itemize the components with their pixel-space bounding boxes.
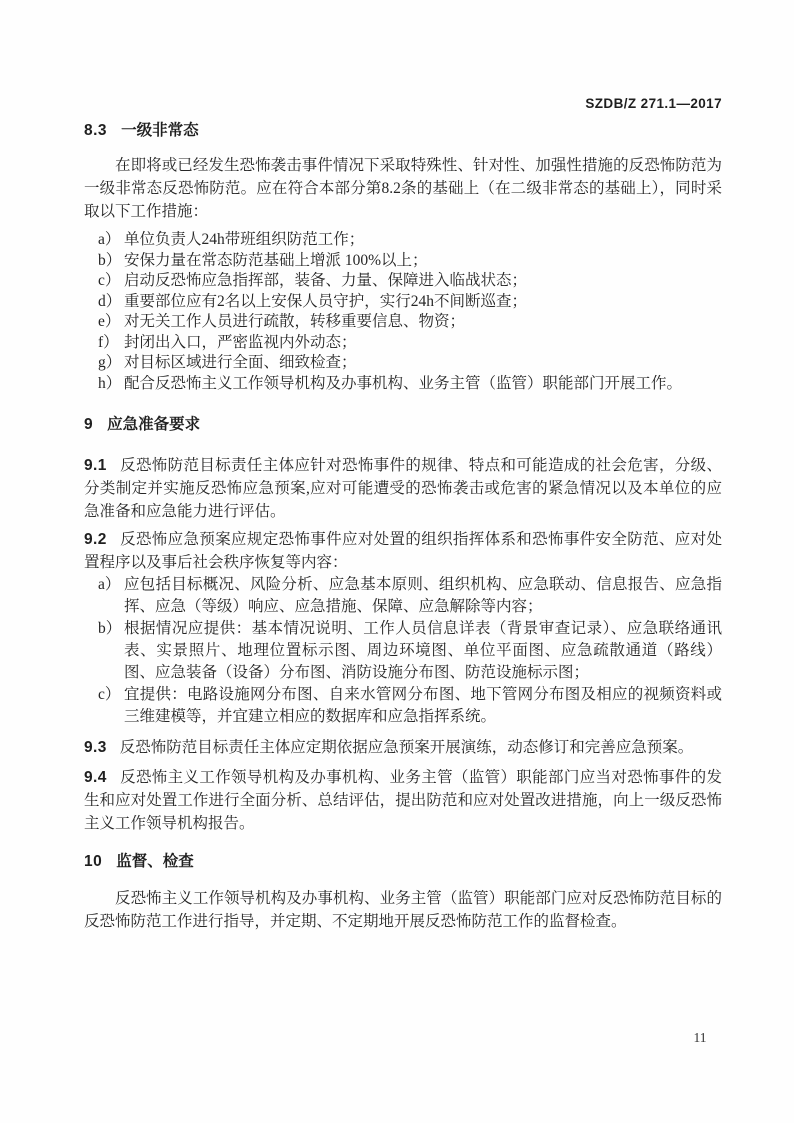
section-9-heading: 9应急准备要求 <box>84 414 722 436</box>
list-marker: b） <box>98 618 124 640</box>
page-number: 11 <box>688 1030 712 1046</box>
clause-9-1: 9.1反恐怖防范目标责任主体应针对恐怖事件的规律、特点和可能造成的社会危害，分级… <box>84 454 722 523</box>
list-item-text: 单位负责人24h带班组织防范工作； <box>124 230 722 251</box>
list-marker: c） <box>98 684 124 706</box>
list-marker: e） <box>98 312 124 333</box>
page-content: SZDB/Z 271.1—2017 8.3一级非常态 在即将或已经发生恐怖袭击事… <box>84 0 722 933</box>
list-item-text: 配合反恐怖主义工作领导机构及办事机构、业务主管（监管）职能部门开展工作。 <box>124 374 722 395</box>
clause-9-2: 9.2反恐怖应急预案应规定恐怖事件应对处置的组织指挥体系和恐怖事件安全防范、应对… <box>84 528 722 574</box>
list-item-text: 封闭出入口，严密监视内外动态； <box>124 333 722 354</box>
section-10-title: 监督、检查 <box>116 853 194 870</box>
list-item: a） 应包括目标概况、风险分析、应急基本原则、组织机构、应急联动、信息报告、应急… <box>98 574 722 618</box>
section-8-3-title: 一级非常态 <box>121 122 199 139</box>
list-item-text: 重要部位应有2名以上安保人员守护，实行24h不间断巡查； <box>124 292 722 313</box>
list-marker: c） <box>98 271 124 292</box>
list-item-text: 启动反恐怖应急指挥部，装备、力量、保障进入临战状态； <box>124 271 722 292</box>
section-10-number: 10 <box>84 853 102 870</box>
clause-9-2-text: 反恐怖应急预案应规定恐怖事件应对处置的组织指挥体系和恐怖事件安全防范、应对处置程… <box>84 531 722 571</box>
section-8-3-heading: 8.3一级非常态 <box>84 120 722 142</box>
clause-9-2-number: 9.2 <box>84 531 107 548</box>
list-marker: a） <box>98 230 124 251</box>
list-item: g） 对目标区域进行全面、细致检查； <box>98 353 722 374</box>
list-marker: f） <box>98 333 124 354</box>
section-8-3-intro-paragraph: 在即将或已经发生恐怖袭击事件情况下采取特殊性、针对性、加强性措施的反恐怖防范为一… <box>84 154 722 223</box>
list-item-text: 对无关工作人员进行疏散，转移重要信息、物资； <box>124 312 722 333</box>
clause-9-3-number: 9.3 <box>84 739 107 756</box>
list-marker: h） <box>98 374 124 395</box>
list-item-text: 对目标区域进行全面、细致检查； <box>124 353 722 374</box>
list-marker: d） <box>98 292 124 313</box>
list-item-text: 根据情况应提供：基本情况说明、工作人员信息详表（背景审查记录）、应急联络通讯表、… <box>124 618 722 684</box>
list-marker: b） <box>98 251 124 272</box>
section-9-title: 应急准备要求 <box>107 416 200 433</box>
list-item: a） 单位负责人24h带班组织防范工作； <box>98 230 722 251</box>
clause-9-4: 9.4反恐怖主义工作领导机构及办事机构、业务主管（监管）职能部门应当对恐怖事件的… <box>84 766 722 835</box>
clause-9-1-text: 反恐怖防范目标责任主体应针对恐怖事件的规律、特点和可能造成的社会危害，分级、分类… <box>84 457 722 520</box>
doc-code: SZDB/Z 271.1—2017 <box>84 95 722 113</box>
list-item: b） 根据情况应提供：基本情况说明、工作人员信息详表（背景审查记录）、应急联络通… <box>98 618 722 684</box>
list-item-text: 应包括目标概况、风险分析、应急基本原则、组织机构、应急联动、信息报告、应急指挥、… <box>124 574 722 618</box>
section-10-heading: 10监督、检查 <box>84 851 722 873</box>
list-marker: a） <box>98 574 124 596</box>
list-item: e） 对无关工作人员进行疏散，转移重要信息、物资； <box>98 312 722 333</box>
clause-9-3: 9.3反恐怖防范目标责任主体应定期依据应急预案开展演练，动态修订和完善应急预案。 <box>84 736 722 759</box>
list-item: c） 启动反恐怖应急指挥部，装备、力量、保障进入临战状态； <box>98 271 722 292</box>
list-item: b） 安保力量在常态防范基础上增派 100%以上； <box>98 251 722 272</box>
list-item-text: 宜提供：电路设施网分布图、自来水管网分布图、地下管网分布图及相应的视频资料或三维… <box>124 684 722 728</box>
clause-9-3-text: 反恐怖防范目标责任主体应定期依据应急预案开展演练，动态修订和完善应急预案。 <box>120 739 694 756</box>
list-item: c） 宜提供：电路设施网分布图、自来水管网分布图、地下管网分布图及相应的视频资料… <box>98 684 722 728</box>
list-item: d） 重要部位应有2名以上安保人员守护，实行24h不间断巡查； <box>98 292 722 313</box>
section-8-3-number: 8.3 <box>84 122 107 139</box>
list-item-text: 安保力量在常态防范基础上增派 100%以上； <box>124 251 722 272</box>
clause-9-2-list: a） 应包括目标概况、风险分析、应急基本原则、组织机构、应急联动、信息报告、应急… <box>84 574 722 728</box>
section-10-paragraph: 反恐怖主义工作领导机构及办事机构、业务主管（监管）职能部门应对反恐怖防范目标的反… <box>84 887 722 933</box>
clause-9-1-number: 9.1 <box>84 457 107 474</box>
clause-9-4-number: 9.4 <box>84 769 107 786</box>
list-item: h） 配合反恐怖主义工作领导机构及办事机构、业务主管（监管）职能部门开展工作。 <box>98 374 722 395</box>
clause-9-4-text: 反恐怖主义工作领导机构及办事机构、业务主管（监管）职能部门应当对恐怖事件的发生和… <box>84 769 722 832</box>
section-9-number: 9 <box>84 416 93 433</box>
list-item: f） 封闭出入口，严密监视内外动态； <box>98 333 722 354</box>
document-page: SZDB/Z 271.1—2017 8.3一级非常态 在即将或已经发生恐怖袭击事… <box>0 0 794 1123</box>
section-8-3-list: a） 单位负责人24h带班组织防范工作； b） 安保力量在常态防范基础上增派 1… <box>84 230 722 394</box>
list-marker: g） <box>98 353 124 374</box>
